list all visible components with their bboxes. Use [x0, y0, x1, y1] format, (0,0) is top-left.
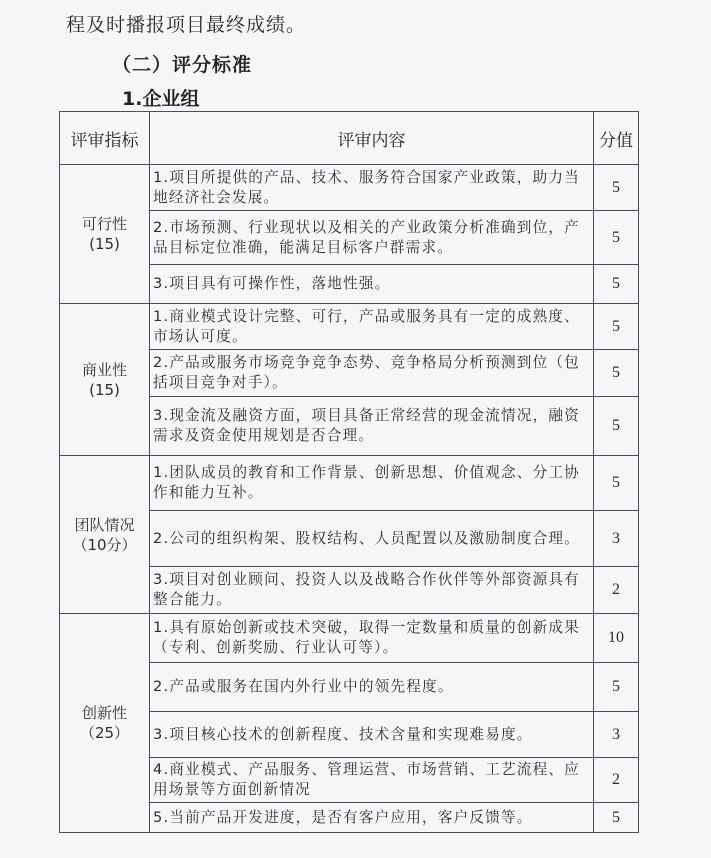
table-row: 可行性 (15) 1.项目所提供的产品、技术、服务符合国家产业政策，助力当地经济…: [60, 165, 639, 211]
indicator-commerciality: 商业性 (15): [60, 304, 150, 456]
indicator-name: 团队情况: [60, 515, 149, 535]
indicator-points: （10分）: [60, 535, 149, 555]
section-heading: （二）评分标准: [112, 50, 252, 77]
criterion-content: 3.现金流及融资方面，项目具备正常经营的现金流情况，融资需求及资金使用规划是否合…: [150, 397, 594, 456]
criterion-content: 2.市场预测、行业现状以及相关的产业政策分析准确到位，产品目标定位准确，能满足目…: [150, 211, 594, 265]
criterion-content: 5.当前产品开发进度，是否有客户应用，客户反馈等。: [150, 803, 594, 833]
indicator-team: 团队情况 （10分）: [60, 456, 150, 614]
criterion-content: 2.产品或服务在国内外行业中的领先程度。: [150, 663, 594, 712]
header-score: 分值: [594, 112, 639, 165]
table-header-row: 评审指标 评审内容 分值: [60, 112, 639, 165]
criterion-score: 2: [594, 567, 639, 614]
criterion-score: 5: [594, 803, 639, 833]
header-content: 评审内容: [150, 112, 594, 165]
criterion-content: 2.公司的组织构架、股权结构、人员配置以及激励制度合理。: [150, 511, 594, 567]
indicator-name: 可行性: [60, 214, 149, 234]
indicator-name: 创新性: [60, 703, 149, 723]
continued-paragraph-line: 程及时播报项目最终成绩。: [66, 10, 306, 37]
criterion-score: 5: [594, 211, 639, 265]
criterion-content: 4.商业模式、产品服务、管理运营、市场营销、工艺流程、应用场景等方面创新情况: [150, 758, 594, 803]
criterion-content: 3.项目具有可操作性，落地性强。: [150, 265, 594, 304]
indicator-name: 商业性: [60, 360, 149, 380]
criterion-score: 5: [594, 350, 639, 397]
table-row: 团队情况 （10分） 1.团队成员的教育和工作背景、创新思想、价值观念、分工协作…: [60, 456, 639, 511]
criterion-score: 5: [594, 304, 639, 350]
criterion-score: 5: [594, 165, 639, 211]
table-row: 商业性 (15) 1.商业模式设计完整、可行，产品或服务具有一定的成熟度、市场认…: [60, 304, 639, 350]
criterion-score: 3: [594, 712, 639, 758]
criterion-score: 2: [594, 758, 639, 803]
criterion-content: 3.项目核心技术的创新程度、技术含量和实现难易度。: [150, 712, 594, 758]
criterion-score: 5: [594, 456, 639, 511]
indicator-feasibility: 可行性 (15): [60, 165, 150, 304]
sub-heading-enterprise-group: 1.企业组: [122, 84, 199, 111]
indicator-points: （25）: [60, 723, 149, 743]
scoring-criteria-table: 评审指标 评审内容 分值 可行性 (15) 1.项目所提供的产品、技术、服务符合…: [59, 111, 639, 833]
criterion-content: 3.项目对创业顾问、投资人以及战略合作伙伴等外部资源具有整合能力。: [150, 567, 594, 614]
criterion-content: 1.商业模式设计完整、可行，产品或服务具有一定的成熟度、市场认可度。: [150, 304, 594, 350]
criterion-score: 5: [594, 397, 639, 456]
criterion-score: 10: [594, 614, 639, 663]
criterion-content: 1.项目所提供的产品、技术、服务符合国家产业政策，助力当地经济社会发展。: [150, 165, 594, 211]
criterion-score: 3: [594, 511, 639, 567]
criterion-content: 1.团队成员的教育和工作背景、创新思想、价值观念、分工协作和能力互补。: [150, 456, 594, 511]
header-indicator: 评审指标: [60, 112, 150, 165]
indicator-points: (15): [60, 380, 149, 400]
indicator-innovation: 创新性 （25）: [60, 614, 150, 833]
criterion-score: 5: [594, 663, 639, 712]
table-row: 创新性 （25） 1.具有原始创新或技术突破，取得一定数量和质量的创新成果（专利…: [60, 614, 639, 663]
criterion-score: 5: [594, 265, 639, 304]
criterion-content: 2.产品或服务市场竞争竞争态势、竞争格局分析预测到位（包括项目竞争对手）。: [150, 350, 594, 397]
indicator-points: (15): [60, 234, 149, 254]
criterion-content: 1.具有原始创新或技术突破，取得一定数量和质量的创新成果（专利、创新奖励、行业认…: [150, 614, 594, 663]
